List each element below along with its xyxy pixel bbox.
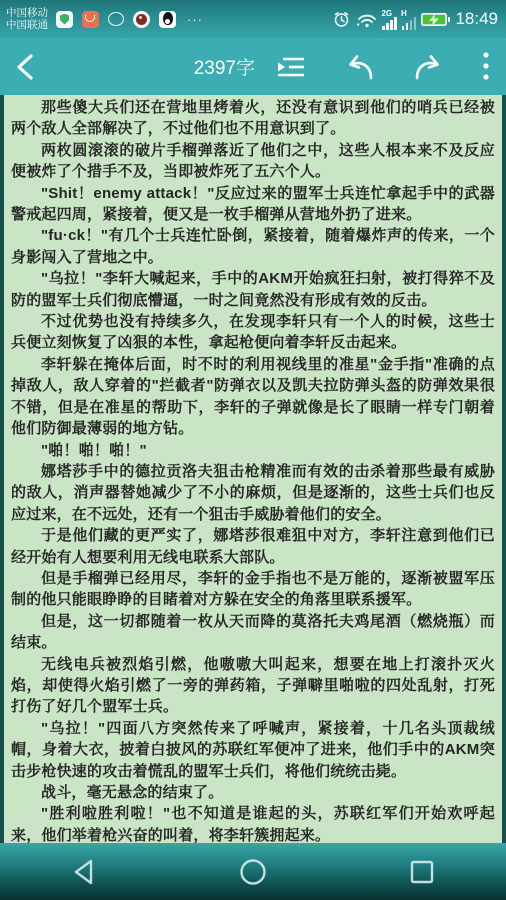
camera-app-icon	[133, 11, 150, 28]
nav-back-triangle-icon	[69, 857, 99, 887]
chat-bubble-icon	[108, 12, 124, 26]
paragraph: "胜利啦胜利啦！"也不知道是谁起的头，苏联红军们开始欢呼起来，他们举着枪兴奋的叫…	[11, 803, 495, 843]
more-notifications-icon: ···	[187, 12, 203, 27]
paragraph: "乌拉！"李轩大喊起来，手中的AKM开始疯狂扫射，被打得猝不及防的盟军士兵们彻底…	[11, 268, 495, 311]
nav-home-circle-icon	[238, 857, 268, 887]
carrier-line-2: 中国联通	[6, 19, 48, 31]
paragraph: "乌拉！"四面八方突然传来了呼喊声，紧接着，十几名头顶裁绒帽，身着大衣，披着白披…	[11, 718, 495, 782]
paragraph: "Shit！enemy attack！"反应过来的盟军士兵连忙拿起手中的武器警戒…	[11, 183, 495, 226]
overflow-menu-icon	[483, 52, 489, 82]
back-chevron-icon	[14, 51, 36, 83]
back-button[interactable]	[14, 51, 36, 83]
status-bar-right: 2G H 18:49	[333, 9, 498, 30]
nav-recents-square-icon	[407, 857, 437, 887]
paragraph: 那些傻大兵们还在营地里烤着火，还没有意识到他们的哨兵已经被两个敌人全部解决了，不…	[11, 97, 495, 140]
clock-time: 18:49	[455, 9, 498, 29]
alarm-clock-icon	[333, 11, 350, 28]
undo-arrow-icon	[343, 53, 375, 81]
nav-home-button[interactable]	[169, 857, 338, 887]
paragraph: 于是他们藏的更严实了，娜塔莎很难狙中对方，李轩注意到他们已经开始有人想要利用无线…	[11, 525, 495, 568]
security-app-icon	[56, 11, 73, 28]
reader-toolbar: 2397字	[0, 38, 506, 95]
redo-arrow-icon	[413, 53, 445, 81]
paragraph: 但是手榴弹已经用尽，李轩的金手指也不是万能的，逐渐被盟军压制的他只能眼睁睁的目睹…	[11, 568, 495, 611]
undo-button[interactable]	[343, 53, 375, 81]
paragraph: "fu·ck！"有几个士兵连忙卧倒，紧接着，随着爆炸声的传来，一个身影闯入了营地…	[11, 225, 495, 268]
overflow-menu-button[interactable]	[483, 52, 489, 82]
status-bar: 中国移动 中国联通 ··· 2G	[0, 0, 506, 38]
carrier-line-1: 中国移动	[6, 7, 48, 19]
signal-h-icon: H	[402, 9, 417, 30]
paragraph: 无线电兵被烈焰引燃，他嗷嗷大叫起来，想要在地上打滚扑灭火焰，却使得火焰引燃了一旁…	[11, 654, 495, 718]
paragraph: 两枚圆滚滚的破片手榴弹落近了他们之中，这些人根本来不及反应便被炸了个措手不及，当…	[11, 140, 495, 183]
paragraph: "啪！啪！啪！"	[11, 440, 495, 461]
redo-button[interactable]	[413, 53, 445, 81]
phone-screen: 中国移动 中国联通 ··· 2G	[0, 0, 506, 900]
nav-recents-button[interactable]	[337, 857, 506, 887]
paragraph: 不过优势也没有持续多久，在发现李轩只有一个人的时候，这些士兵便立刻恢复了凶狠的本…	[11, 311, 495, 354]
word-count-title: 2397字	[194, 53, 255, 80]
chapter-list-button[interactable]	[277, 54, 305, 80]
notification-icons: ···	[56, 11, 203, 28]
wifi-icon	[355, 11, 377, 28]
reader-page[interactable]: 那些傻大兵们还在营地里烤着火，还没有意识到他们的哨兵已经被两个敌人全部解决了，不…	[0, 95, 506, 843]
paragraph: 娜塔莎手中的德拉贡洛夫狙击枪精准而有效的击杀着那些最有威胁的敌人，消声器替她减少…	[11, 461, 495, 525]
signal-2g-icon: 2G	[382, 9, 397, 30]
chapter-list-icon	[277, 54, 305, 80]
paragraph: 李轩躲在掩体后面，时不时的利用视线里的准星"金手指"准确的点掉敌人，敌人穿着的"…	[11, 354, 495, 440]
paragraph: 战斗，毫无悬念的结束了。	[11, 782, 495, 803]
paragraph: 但是，这一切都随着一枚从天而降的莫洛托夫鸡尾酒（燃烧瓶）而结束。	[11, 611, 495, 654]
battery-icon	[421, 13, 447, 26]
qq-app-icon	[159, 11, 176, 28]
android-nav-bar	[0, 843, 506, 900]
nav-back-button[interactable]	[0, 857, 169, 887]
carrier-labels: 中国移动 中国联通	[6, 7, 48, 31]
orange-app-icon	[82, 11, 99, 28]
